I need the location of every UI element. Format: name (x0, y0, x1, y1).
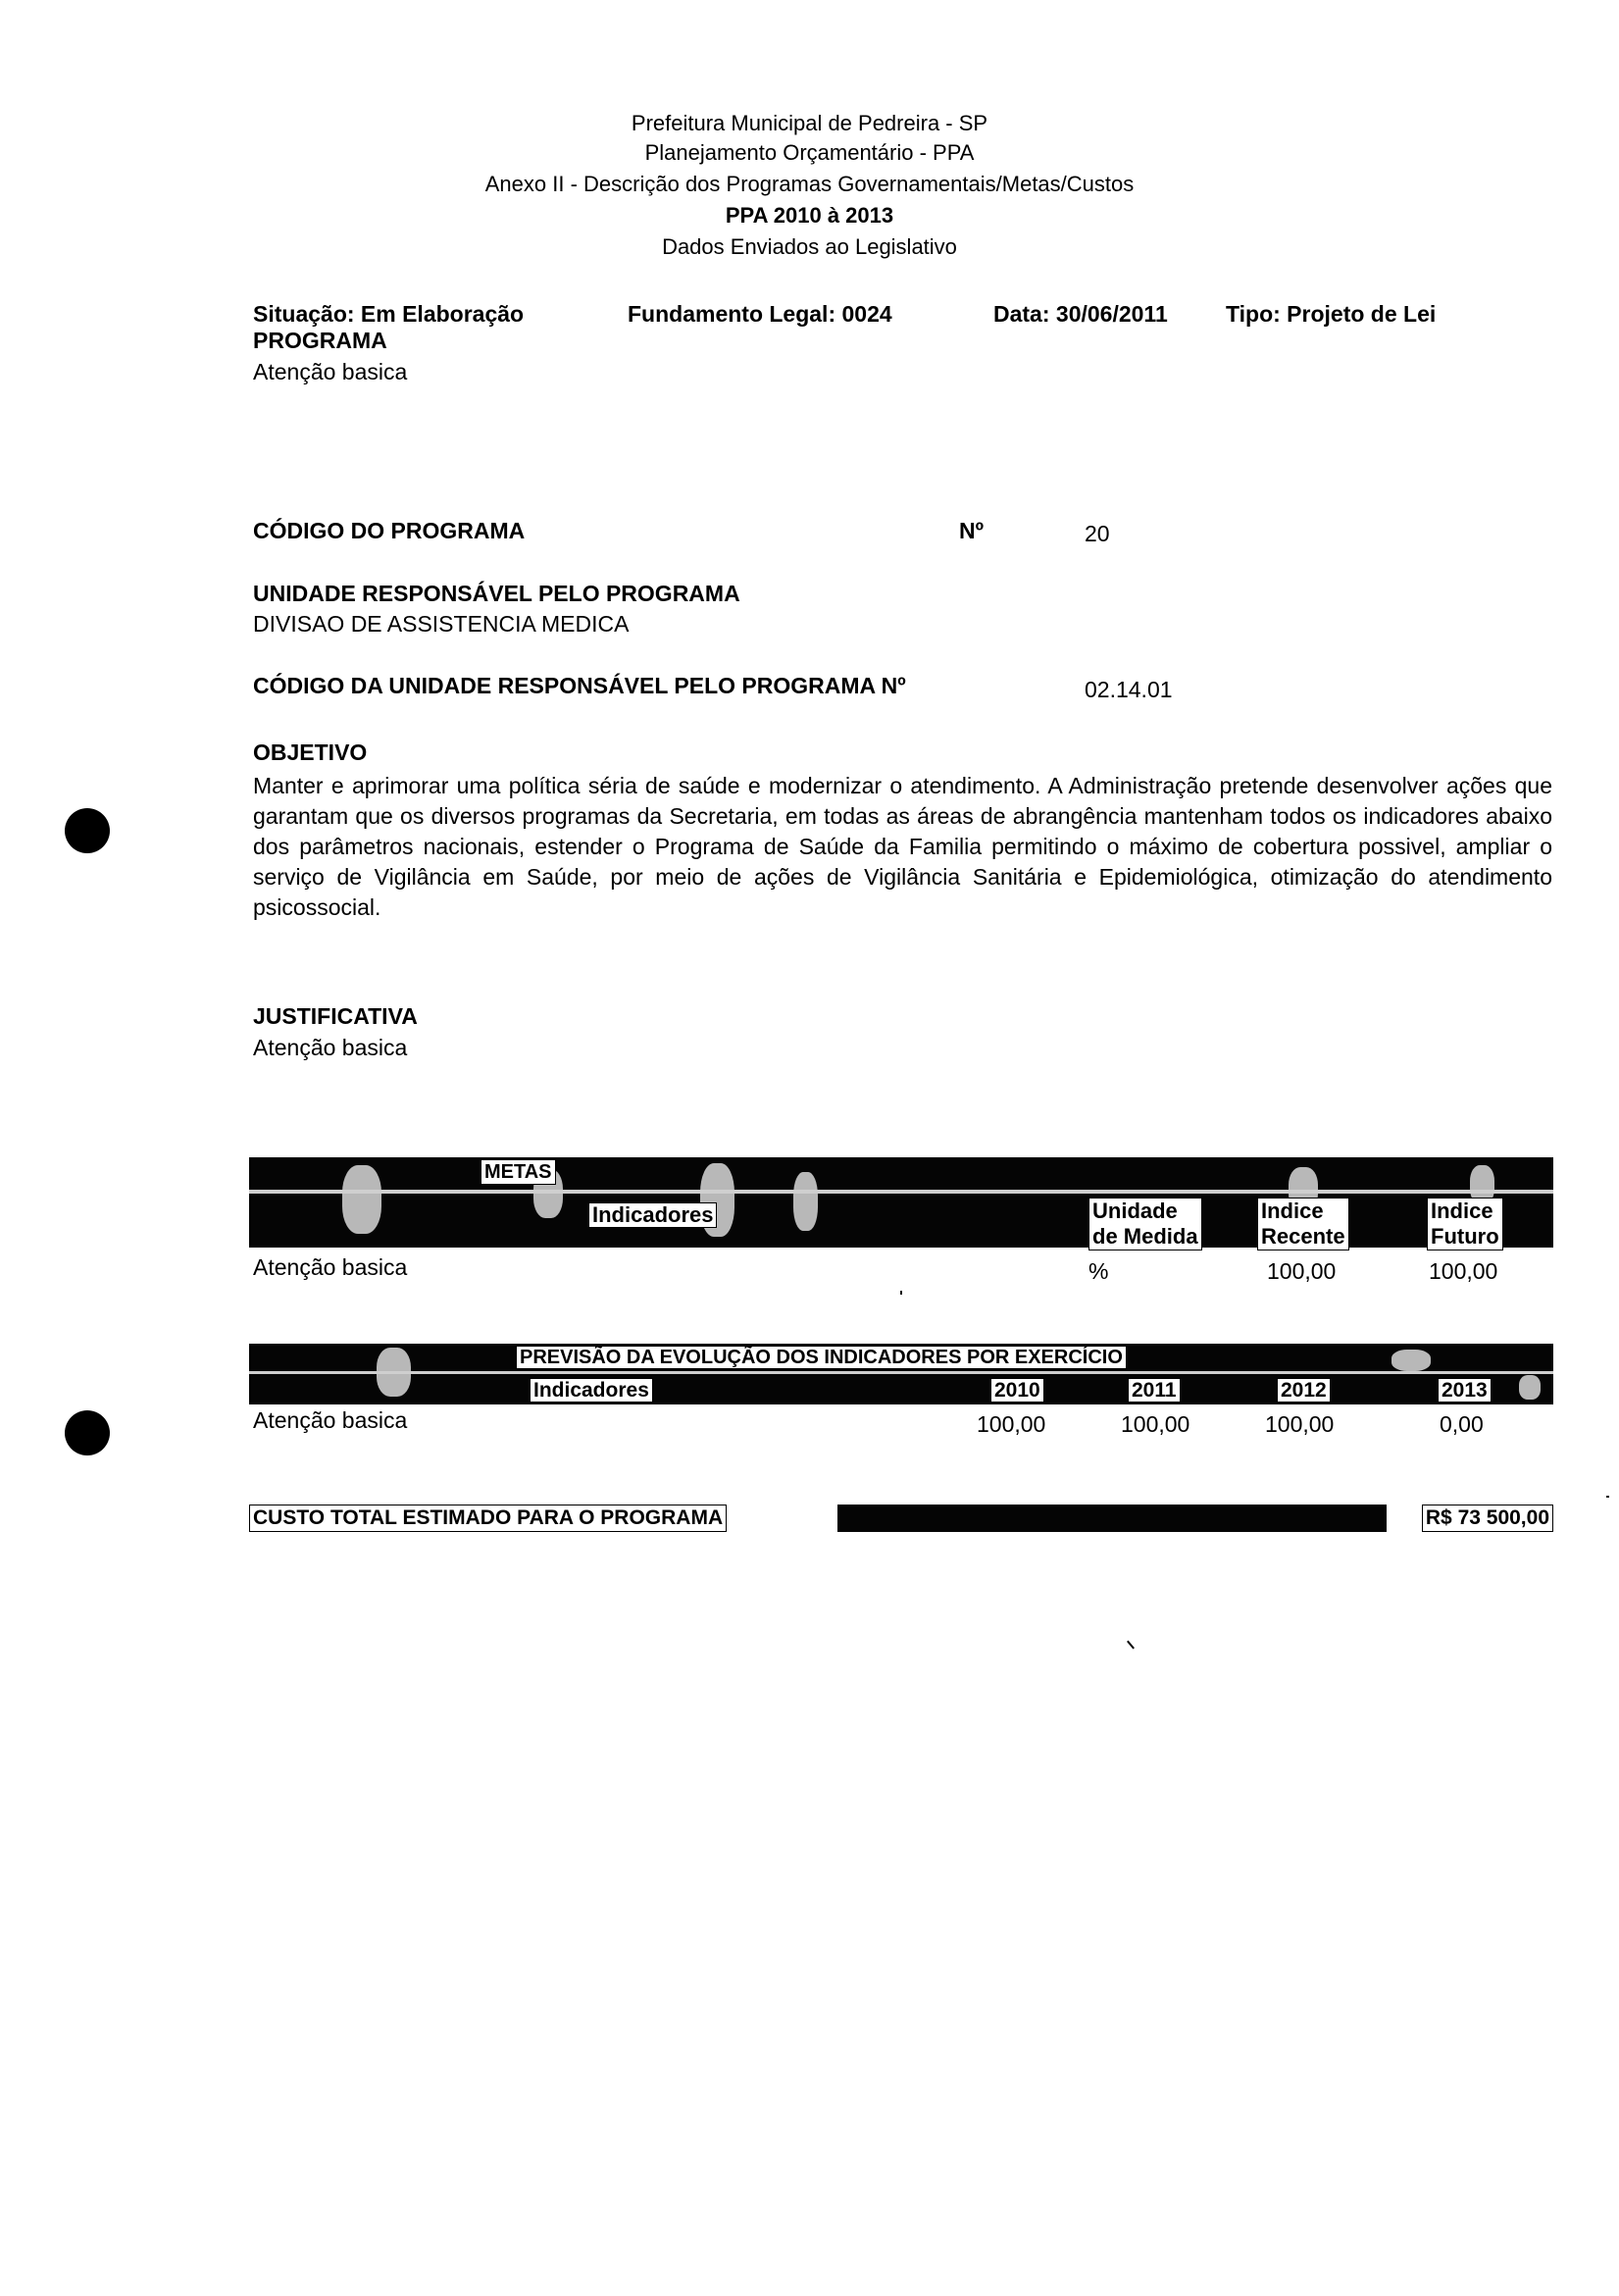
codigo-programa-heading: CÓDIGO DO PROGRAMA (253, 517, 525, 544)
custo-total-value: R$ 73 500,00 (1422, 1505, 1553, 1532)
previsao-col-2010: 2010 (990, 1378, 1044, 1403)
previsao-col-indicadores: Indicadores (530, 1378, 653, 1403)
header-ppa-period: PPA 2010 à 2013 (0, 203, 1619, 229)
metas-col-indice-recente: Indice Recente (1257, 1198, 1349, 1250)
previsao-title: PREVISÃO DA EVOLUÇÃO DOS INDICADORES POR… (516, 1346, 1127, 1369)
objetivo-text: Manter e aprimorar uma política séria de… (253, 771, 1552, 923)
metas-header-band (249, 1157, 1553, 1248)
programa-value: Atenção basica (253, 358, 407, 385)
previsao-row-2011: 100,00 (1121, 1410, 1189, 1438)
scan-speck (1127, 1641, 1135, 1650)
custo-dark-band (837, 1505, 1387, 1532)
previsao-col-2011: 2011 (1128, 1378, 1181, 1403)
metas-row-indice-futuro: 100,00 (1429, 1257, 1497, 1285)
data-label: Data: 30/06/2011 (993, 300, 1168, 328)
previsao-row-indicador: Atenção basica (253, 1406, 407, 1434)
scan-speck (900, 1291, 902, 1295)
header-municipality: Prefeitura Municipal de Pedreira - SP (0, 111, 1619, 136)
metas-row-indicador: Atenção basica (253, 1253, 407, 1281)
tipo-label: Tipo: Projeto de Lei (1226, 300, 1436, 328)
metas-col-indice-futuro: Indice Futuro (1427, 1198, 1503, 1250)
header-status: Dados Enviados ao Legislativo (0, 234, 1619, 260)
metas-row-unidade: % (1088, 1257, 1108, 1285)
programa-heading: PROGRAMA (253, 327, 387, 354)
objetivo-heading: OBJETIVO (253, 739, 367, 766)
header-annex: Anexo II - Descrição dos Programas Gover… (0, 172, 1619, 197)
previsao-row-2013: 0,00 (1440, 1410, 1484, 1438)
unidade-heading: UNIDADE RESPONSÁVEL PELO PROGRAMA (253, 580, 740, 607)
justificativa-value: Atenção basica (253, 1034, 407, 1061)
metas-title: METAS (481, 1159, 556, 1185)
previsao-col-2013: 2013 (1438, 1378, 1492, 1403)
situacao-label: Situação: Em Elaboração (253, 300, 524, 328)
justificativa-heading: JUSTIFICATIVA (253, 1002, 418, 1030)
scan-speck (1606, 1496, 1609, 1498)
metas-col-indicadores: Indicadores (588, 1202, 717, 1228)
custo-total-row: CUSTO TOTAL ESTIMADO PARA O PROGRAMA R$ … (249, 1503, 1553, 1534)
codigo-programa-no-label: Nº (959, 517, 984, 544)
header-planning: Planejamento Orçamentário - PPA (0, 140, 1619, 166)
fundamento-legal-label: Fundamento Legal: 0024 (628, 300, 892, 328)
metas-col-unidade: Unidade de Medida (1088, 1198, 1202, 1250)
codigo-unidade-value: 02.14.01 (1085, 676, 1173, 703)
punch-hole-icon (65, 808, 110, 853)
unidade-value: DIVISAO DE ASSISTENCIA MEDICA (253, 610, 629, 638)
codigo-programa-value: 20 (1085, 520, 1110, 547)
previsao-row-2012: 100,00 (1265, 1410, 1334, 1438)
metas-row-indice-recente: 100,00 (1267, 1257, 1336, 1285)
punch-hole-icon (65, 1410, 110, 1455)
previsao-col-2012: 2012 (1277, 1378, 1331, 1403)
codigo-unidade-heading: CÓDIGO DA UNIDADE RESPONSÁVEL PELO PROGR… (253, 672, 906, 699)
custo-total-label: CUSTO TOTAL ESTIMADO PARA O PROGRAMA (249, 1505, 727, 1532)
previsao-row-2010: 100,00 (977, 1410, 1045, 1438)
